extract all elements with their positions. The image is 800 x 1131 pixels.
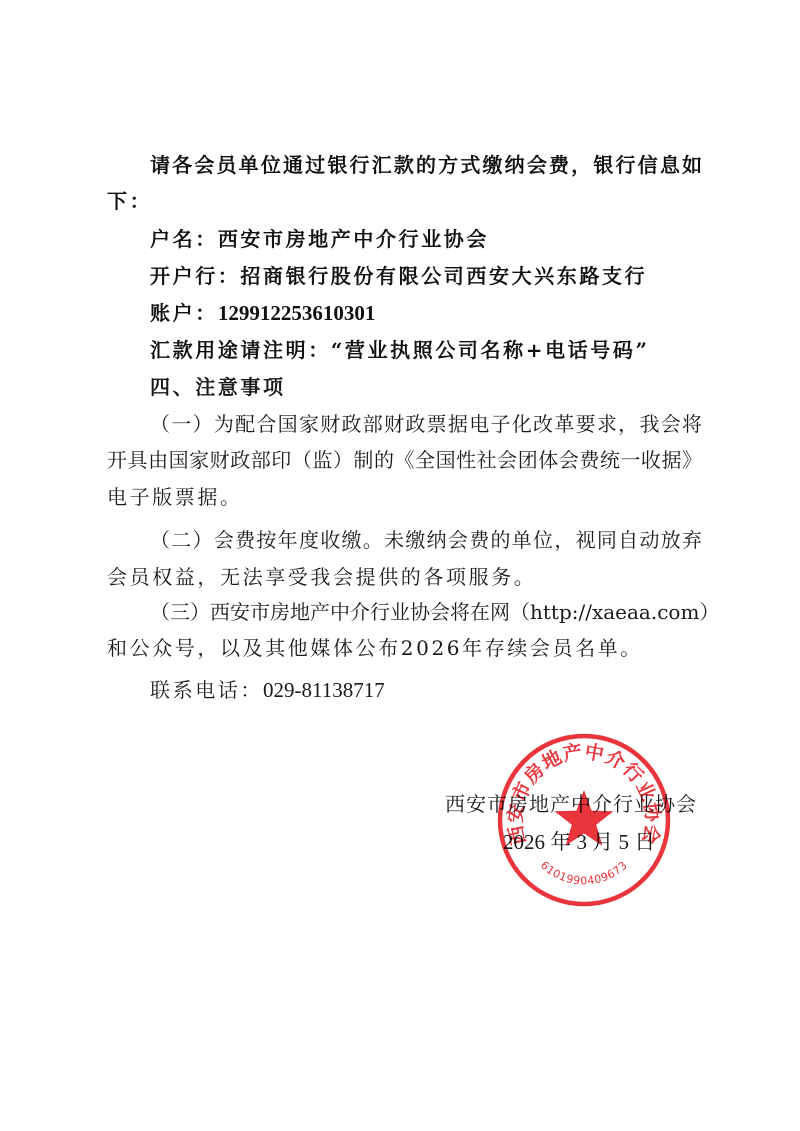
star-icon — [555, 790, 614, 846]
contact-row: 联系电话：029-81138717 — [150, 676, 702, 704]
seal-code: 6101990409673 — [538, 859, 630, 888]
official-seal: 西安市房地产中介行业协会 6101990409673 — [496, 732, 672, 908]
note-3-line-1: （三）西安市房地产中介行业协会将在网（http://xaeaa.com） — [150, 598, 702, 626]
bank-label: 开户行： — [150, 264, 240, 288]
contact-label: 联系电话： — [150, 678, 263, 702]
bank-value: 招商银行股份有限公司西安大兴东路支行 — [240, 264, 647, 288]
bank-row: 开户行：招商银行股份有限公司西安大兴东路支行 — [150, 262, 702, 290]
account-name-row: 户名：西安市房地产中介行业协会 — [150, 225, 702, 253]
account-number-label: 账户： — [150, 301, 218, 325]
note-1-line-2: 开具由国家财政部印（监）制的《全国性社会团体会费统一收据》 — [107, 446, 702, 474]
intro-line-1: 请各会员单位通过银行汇款的方式缴纳会费，银行信息如 — [150, 151, 702, 179]
note-3-line-2: 和公众号，以及其他媒体公布2026年存续会员名单。 — [107, 634, 702, 662]
account-number-value: 129912253610301 — [218, 301, 376, 325]
note-2-line-1: （二）会费按年度收缴。未缴纳会费的单位，视同自动放弃 — [150, 526, 702, 554]
intro-line-2: 下： — [107, 187, 702, 215]
note-1-line-1: （一）为配合国家财政部财政票据电子化改革要求，我会将 — [150, 410, 702, 438]
remark-label: 汇款用途请注明： — [150, 338, 331, 362]
account-name-value: 西安市房地产中介行业协会 — [218, 227, 489, 251]
remark-value: “营业执照公司名称+电话号码” — [331, 338, 650, 362]
note-1-line-3: 电子版票据。 — [107, 483, 702, 511]
section-heading: 四、注意事项 — [150, 373, 702, 401]
note-2-line-2: 会员权益，无法享受我会提供的各项服务。 — [107, 563, 702, 591]
contact-phone: 029-81138717 — [263, 678, 385, 702]
remark-row: 汇款用途请注明：“营业执照公司名称+电话号码” — [150, 336, 702, 364]
account-name-label: 户名： — [150, 227, 218, 251]
account-number-row: 账户：129912253610301 — [150, 299, 702, 327]
document-page: 请各会员单位通过银行汇款的方式缴纳会费，银行信息如 下： 户名：西安市房地产中介… — [0, 0, 800, 1131]
